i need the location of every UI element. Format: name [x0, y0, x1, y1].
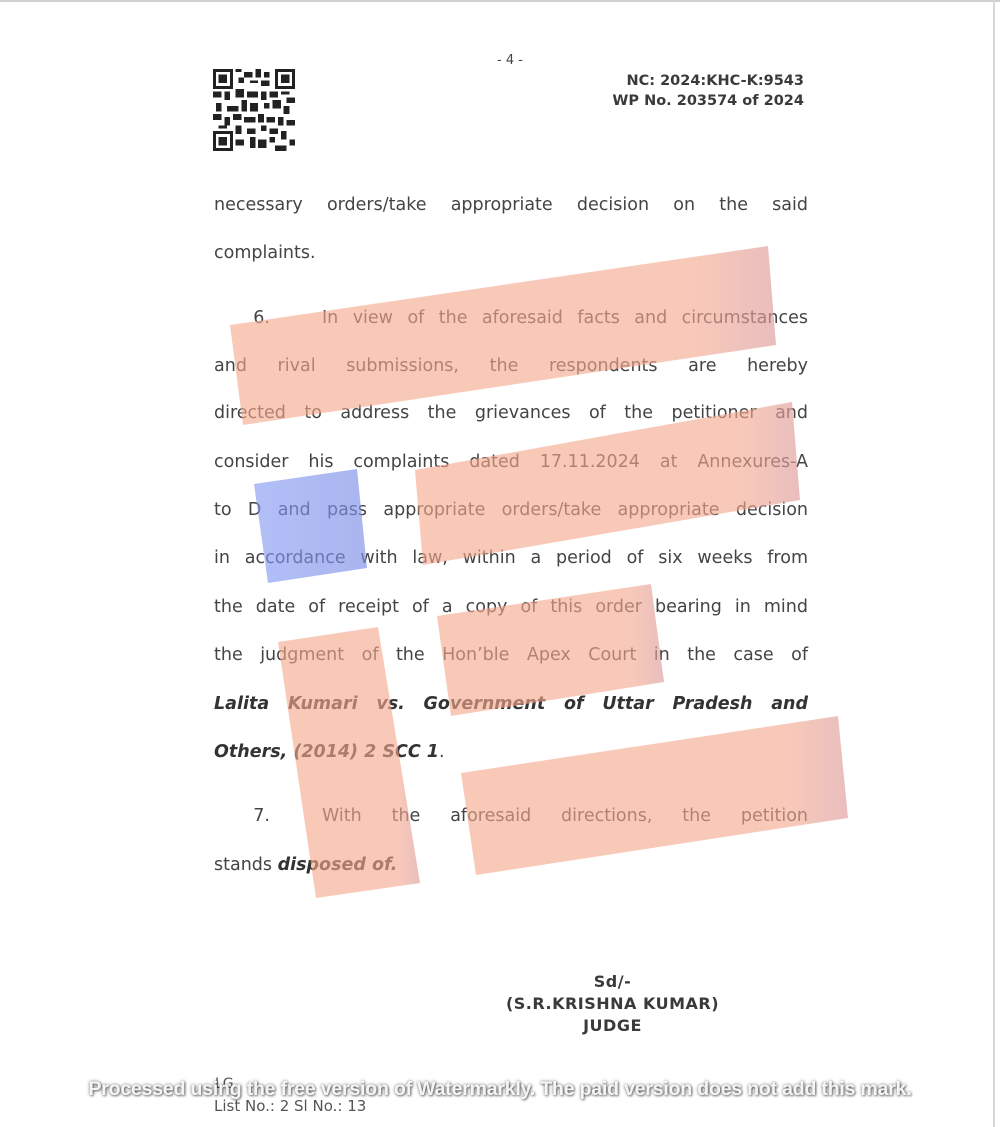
text-line: to D and pass appropriate orders/take ap…: [214, 498, 808, 522]
judge-title: JUDGE: [480, 1015, 745, 1037]
text-line: With the aforesaid directions, the petit…: [322, 804, 808, 828]
paragraph-number: 7.: [214, 804, 270, 828]
case-citation: Others, (2014) 2 SCC 1: [214, 742, 439, 762]
period: .: [439, 742, 445, 762]
disposed-of-emphasis: disposed of.: [278, 855, 398, 875]
paragraph-7-first-line: 7. With the aforesaid directions, the pe…: [214, 804, 808, 828]
text-line: the date of receipt of a copy of this or…: [214, 595, 808, 619]
case-number: WP No. 203574 of 2024: [612, 91, 804, 111]
highlight-shape-orange: [230, 246, 776, 425]
paragraph-number: 6.: [214, 306, 270, 330]
text-line: directed to address the grievances of th…: [214, 401, 808, 425]
text-line: stands disposed of.: [214, 853, 808, 877]
signature-block: Sd/- (S.R.KRISHNA KUMAR) JUDGE: [480, 971, 745, 1037]
case-citation-line: Lalita Kumari vs. Government of Uttar Pr…: [214, 692, 808, 716]
paragraph-6-first-line: 6. In view of the aforesaid facts and ci…: [214, 306, 808, 330]
text-line: in accordance with law, within a period …: [214, 546, 808, 570]
judge-name: (S.R.KRISHNA KUMAR): [480, 993, 745, 1015]
text-line: and rival submissions, the respondents a…: [214, 354, 808, 378]
text-line: consider his complaints dated 17.11.2024…: [214, 450, 808, 474]
case-citation-line: Others, (2014) 2 SCC 1.: [214, 740, 808, 764]
page-number: - 4 -: [490, 53, 530, 68]
highlight-shape-orange: [415, 402, 800, 565]
text-fragment: stands: [214, 855, 278, 875]
neutral-citation: NC: 2024:KHC-K:9543: [612, 71, 804, 91]
signature-sd: Sd/-: [480, 971, 745, 993]
text-line: complaints.: [214, 241, 808, 265]
text-line: necessary orders/take appropriate decisi…: [214, 193, 808, 217]
text-line: the judgment of the Hon’ble Apex Court i…: [214, 643, 808, 667]
text-line: In view of the aforesaid facts and circu…: [322, 306, 808, 330]
qr-code-icon: [213, 69, 295, 151]
case-reference: NC: 2024:KHC-K:9543 WP No. 203574 of 202…: [612, 71, 804, 111]
page-scrollbar-edge: [993, 0, 995, 1127]
watermark-banner: Processed using the free version of Wate…: [0, 1078, 1000, 1101]
window-top-border: [0, 0, 1000, 2]
